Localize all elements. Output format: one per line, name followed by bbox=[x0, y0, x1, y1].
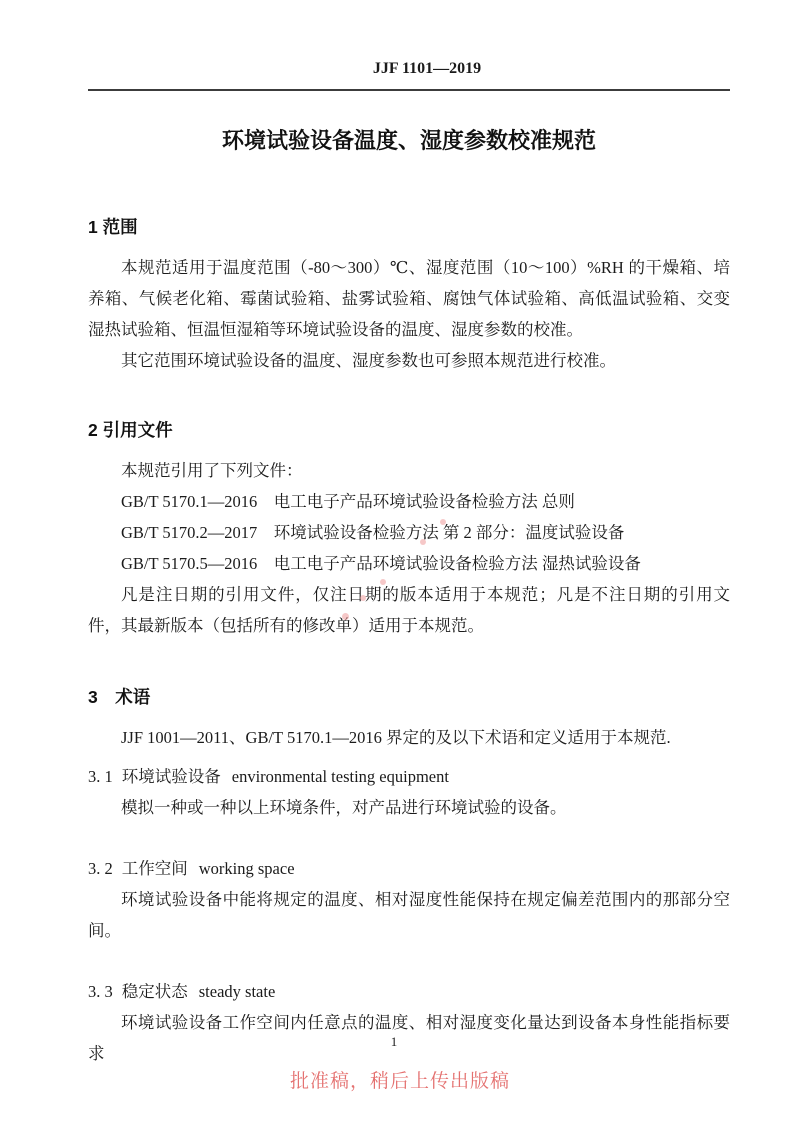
document-body: 环境试验设备温度、湿度参数校准规范 1 范围 本规范适用于温度范围（-80～30… bbox=[88, 127, 730, 1069]
scan-artifact-dot bbox=[342, 613, 349, 620]
section-1-heading: 1 范围 bbox=[88, 215, 730, 239]
term-heading: 3. 1环境试验设备environmental testing equipmen… bbox=[88, 761, 730, 792]
term-entry: 3. 2工作空间working space 环境试验设备中能将规定的温度、相对湿… bbox=[88, 853, 730, 946]
term-number: 3. 1 bbox=[88, 767, 113, 786]
section-2-heading: 2 引用文件 bbox=[88, 418, 730, 442]
reference-item: GB/T 5170.2—2017 环境试验设备检验方法 第 2 部分：温度试验设… bbox=[88, 517, 730, 548]
page-number: 1 bbox=[0, 1034, 794, 1050]
term-heading: 3. 3稳定状态steady state bbox=[88, 976, 730, 1007]
document-title: 环境试验设备温度、湿度参数校准规范 bbox=[88, 127, 730, 155]
scan-artifact-dot bbox=[440, 519, 446, 525]
term-name-en: working space bbox=[199, 859, 295, 878]
term-definition: 模拟一种或一种以上环境条件，对产品进行环境试验的设备。 bbox=[88, 792, 730, 823]
term-entry: 3. 1环境试验设备environmental testing equipmen… bbox=[88, 761, 730, 823]
term-entry: 3. 3稳定状态steady state 环境试验设备工作空间内任意点的温度、相… bbox=[88, 976, 730, 1069]
section-2-note: 凡是注日期的引用文件，仅注日期的版本适用于本规范；凡是不注日期的引用文件，其最新… bbox=[88, 579, 730, 641]
document-page: JJF 1101—2019 环境试验设备温度、湿度参数校准规范 1 范围 本规范… bbox=[0, 0, 800, 1132]
term-definition: 环境试验设备中能将规定的温度、相对湿度性能保持在规定偏差范围内的那部分空间。 bbox=[88, 884, 730, 946]
section-2-intro: 本规范引用了下列文件： bbox=[88, 455, 730, 486]
doc-code: JJF 1101—2019 bbox=[373, 60, 481, 77]
running-header: JJF 1101—2019 bbox=[88, 0, 730, 91]
scan-artifact-dot bbox=[360, 595, 366, 601]
term-heading: 3. 2工作空间working space bbox=[88, 853, 730, 884]
section-references: 2 引用文件 本规范引用了下列文件： GB/T 5170.1—2016 电工电子… bbox=[88, 418, 730, 641]
watermark-note: 批准稿，稍后上传出版稿 bbox=[0, 1070, 800, 1094]
section-3-heading: 3 术语 bbox=[88, 685, 730, 709]
scan-artifact-dot bbox=[380, 579, 386, 585]
reference-item: GB/T 5170.1—2016 电工电子产品环境试验设备检验方法 总则 bbox=[88, 486, 730, 517]
section-terms: 3 术语 JJF 1001—2011、GB/T 5170.1—2016 界定的及… bbox=[88, 685, 730, 1069]
scan-artifact-dot bbox=[420, 539, 426, 545]
term-name-zh: 环境试验设备 bbox=[122, 767, 221, 786]
term-name-en: steady state bbox=[199, 982, 276, 1001]
term-name-en: environmental testing equipment bbox=[232, 767, 449, 786]
section-scope: 1 范围 本规范适用于温度范围（-80～300）℃、湿度范围（10～100）%R… bbox=[88, 215, 730, 376]
section-3-intro: JJF 1001—2011、GB/T 5170.1—2016 界定的及以下术语和… bbox=[88, 722, 730, 753]
term-name-zh: 稳定状态 bbox=[122, 982, 188, 1001]
section-1-paragraph: 其它范围环境试验设备的温度、湿度参数也可参照本规范进行校准。 bbox=[88, 345, 730, 376]
term-number: 3. 2 bbox=[88, 859, 113, 878]
term-number: 3. 3 bbox=[88, 982, 113, 1001]
section-1-paragraph: 本规范适用于温度范围（-80～300）℃、湿度范围（10～100）%RH 的干燥… bbox=[88, 252, 730, 345]
reference-item: GB/T 5170.5—2016 电工电子产品环境试验设备检验方法 湿热试验设备 bbox=[88, 548, 730, 579]
term-name-zh: 工作空间 bbox=[122, 859, 188, 878]
